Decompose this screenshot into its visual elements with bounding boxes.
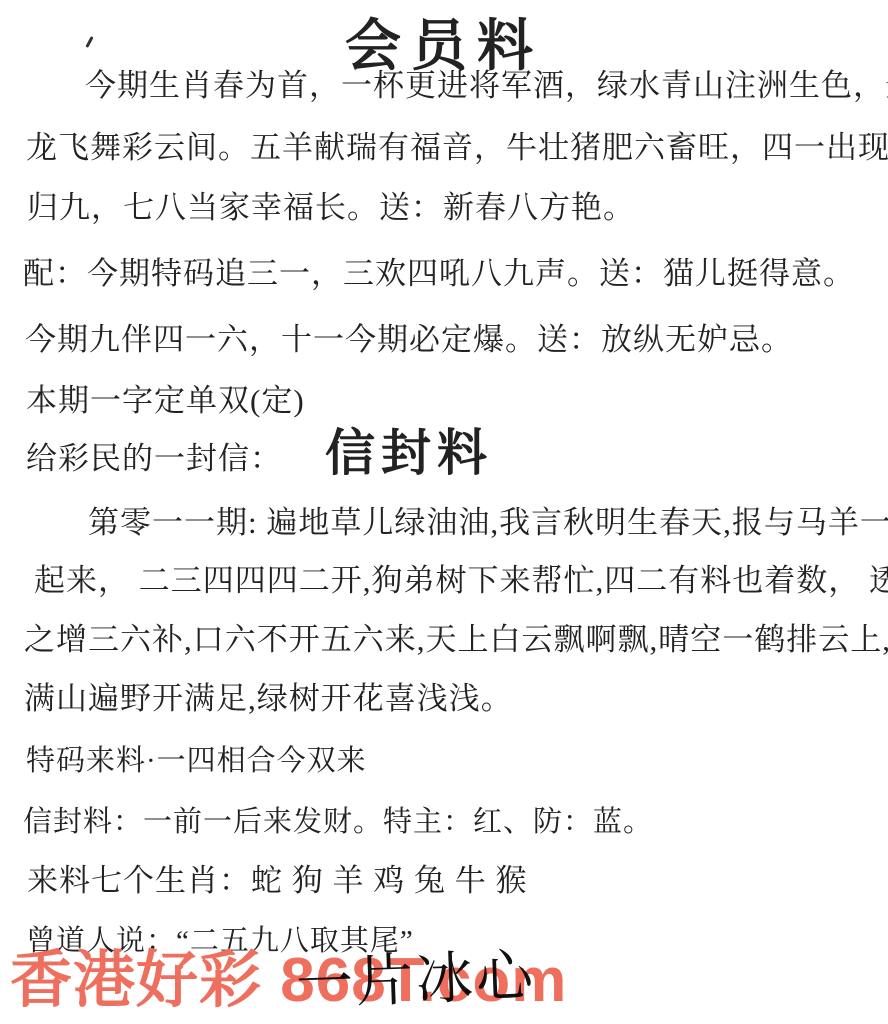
- envelope-line-2: 起来， 二三四四四二开,狗弟树下来帮忙,四二有料也着数， 透风: [34, 563, 888, 599]
- envelope-line-4: 满山遍野开满足,绿树开花喜浅浅。: [24, 681, 513, 717]
- member-line-3: 归九，七八当家幸福长。送：新春八方艳。: [27, 190, 635, 226]
- member-line-1: 今期生肖春为首，一杯更进将军酒，绿水青山注洲生色，金: [85, 68, 888, 104]
- scanned-document-page: 会员料 今期生肖春为首，一杯更进将军酒，绿水青山注洲生色，金 龙飞舞彩云间。五羊…: [0, 0, 888, 1024]
- envelope-line-1: 第零一一期: 遍地草儿绿油油,我言秋明生春天,报与马羊一: [88, 505, 888, 541]
- envelope-line-6: 信封料：一前一后来发财。特主：红、防：蓝。: [23, 806, 653, 839]
- envelope-line-7: 来料七个生肖：蛇 狗 羊 鸡 兔 牛 猴: [27, 863, 528, 899]
- member-line-2: 龙飞舞彩云间。五羊献瑞有福音，牛壮猪肥六畜旺，四一出现画: [26, 130, 888, 166]
- envelope-line-3: 之增三六补,口六不开五六来,天上白云飘啊飘,晴空一鹤排云上,: [24, 622, 888, 658]
- handwritten-signature: 一片冰心: [295, 948, 537, 1013]
- member-line-5: 今期九伴四一六，十一今期必定爆。送：放纵无妒忌。: [25, 322, 793, 358]
- member-line-4: 配：今期特码追三一，三欢四吼八九声。送：猫儿挺得意。: [23, 256, 855, 292]
- envelope-lead-in: 给彩民的一封信：: [26, 441, 282, 477]
- envelope-section-title: 信封料: [325, 413, 493, 485]
- envelope-line-5: 特码来料·一四相合今双来: [26, 745, 367, 778]
- member-line-6: 本期一字定单双(定): [26, 383, 305, 419]
